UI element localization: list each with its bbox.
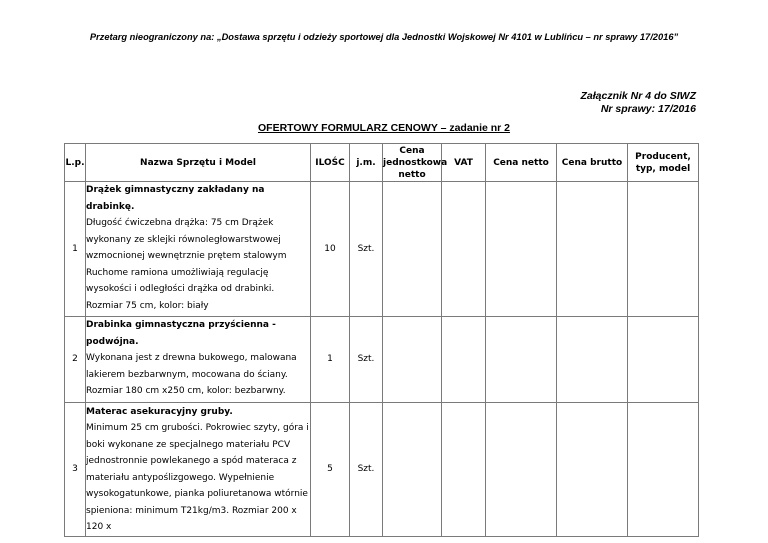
item-description-cell: Drążek gimnastyczny zakładany na drabink…	[86, 182, 311, 317]
column-header-price-net: Cena netto	[486, 144, 557, 182]
column-header-vat: VAT	[442, 144, 486, 182]
column-header-name: Nazwa Sprzętu i Model	[86, 144, 311, 182]
price-net-cell[interactable]	[486, 317, 557, 403]
item-unit: Szt.	[350, 317, 383, 403]
price-net-cell[interactable]	[486, 402, 557, 536]
table-header-row: L.p. Nazwa Sprzętu i Model ILOŚC j.m. Ce…	[65, 144, 699, 182]
item-title: Drabinka gimnastyczna przyścienna - podw…	[86, 317, 310, 350]
item-description: Minimum 25 cm grubości. Pokrowiec szyty,…	[86, 420, 310, 536]
unit-price-net-cell[interactable]	[383, 317, 442, 403]
column-header-producer: Producent, typ, model	[628, 144, 699, 182]
producer-cell[interactable]	[628, 317, 699, 403]
row-number: 3	[65, 402, 86, 536]
item-unit: Szt.	[350, 402, 383, 536]
producer-cell[interactable]	[628, 182, 699, 317]
column-header-unit-price-net: Cena jednostkowa netto	[383, 144, 442, 182]
price-net-cell[interactable]	[486, 182, 557, 317]
item-quantity: 1	[311, 317, 350, 403]
vat-cell[interactable]	[442, 402, 486, 536]
unit-price-net-cell[interactable]	[383, 402, 442, 536]
form-title: OFERTOWY FORMULARZ CENOWY – zadanie nr 2	[0, 122, 768, 134]
row-number: 2	[65, 317, 86, 403]
column-header-lp: L.p.	[65, 144, 86, 182]
price-gross-cell[interactable]	[557, 182, 628, 317]
unit-price-net-cell[interactable]	[383, 182, 442, 317]
item-description-cell: Materac asekuracyjny gruby. Minimum 25 c…	[86, 402, 311, 536]
price-form-table: L.p. Nazwa Sprzętu i Model ILOŚC j.m. Ce…	[64, 143, 699, 537]
item-description-cell: Drabinka gimnastyczna przyścienna - podw…	[86, 317, 311, 403]
price-gross-cell[interactable]	[557, 317, 628, 403]
table-row: 1 Drążek gimnastyczny zakładany na drabi…	[65, 182, 699, 317]
vat-cell[interactable]	[442, 317, 486, 403]
item-title: Drążek gimnastyczny zakładany na drabink…	[86, 182, 310, 215]
column-header-qty: ILOŚC	[311, 144, 350, 182]
column-header-unit: j.m.	[350, 144, 383, 182]
case-number: Nr sprawy: 17/2016	[601, 103, 696, 115]
price-gross-cell[interactable]	[557, 402, 628, 536]
producer-cell[interactable]	[628, 402, 699, 536]
document-header-line: Przetarg nieograniczony na: „Dostawa spr…	[0, 32, 768, 42]
annex-label: Załącznik Nr 4 do SIWZ	[580, 90, 696, 102]
item-quantity: 10	[311, 182, 350, 317]
column-header-price-gross: Cena brutto	[557, 144, 628, 182]
item-quantity: 5	[311, 402, 350, 536]
table-row: 2 Drabinka gimnastyczna przyścienna - po…	[65, 317, 699, 403]
item-description: Wykonana jest z drewna bukowego, malowan…	[86, 350, 310, 400]
table-row: 3 Materac asekuracyjny gruby. Minimum 25…	[65, 402, 699, 536]
item-title: Materac asekuracyjny gruby.	[86, 404, 310, 421]
item-unit: Szt.	[350, 182, 383, 317]
row-number: 1	[65, 182, 86, 317]
vat-cell[interactable]	[442, 182, 486, 317]
item-description: Długość ćwiczebna drążka: 75 cm Drążek w…	[86, 215, 310, 314]
